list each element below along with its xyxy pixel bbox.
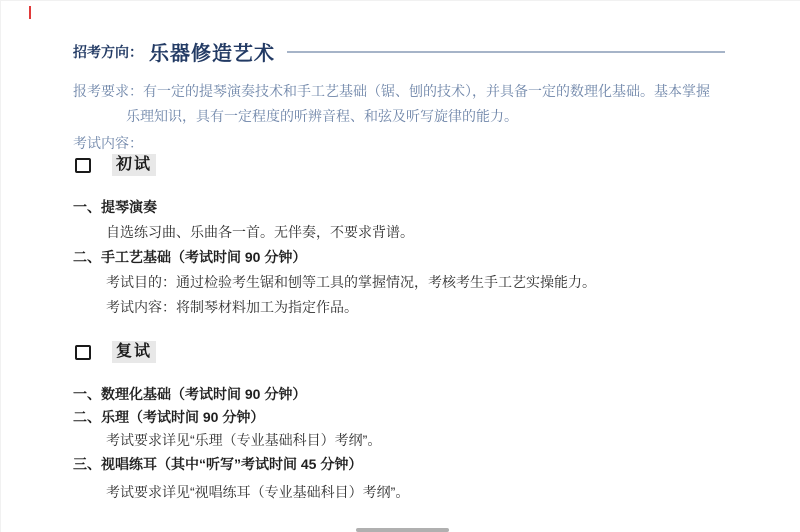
requirements-text-1: 有一定的提琴演奏技术和手工艺基础（锯、刨的技术），并具备一定的数理化基础。基本掌… xyxy=(143,83,710,99)
item-heading: 三、视唱练耳（其中“听写”考试时间 45 分钟） xyxy=(73,454,362,474)
section-second-exam-head: 复试 xyxy=(75,341,156,363)
square-bullet-icon xyxy=(75,158,91,173)
text-cursor-artifact xyxy=(29,6,31,19)
item-text: 考试目的：通过检验考生锯和刨等工具的掌握情况，考核考生手工艺实操能力。 xyxy=(106,272,596,292)
item-heading: 二、手工艺基础（考试时间 90 分钟） xyxy=(73,247,306,267)
section-title-first-exam: 初试 xyxy=(112,154,156,176)
title-row: 招考方向： 乐器修造艺术 xyxy=(73,37,725,66)
requirements-line-1: 报考要求：有一定的提琴演奏技术和手工艺基础（锯、刨的技术），并具备一定的数理化基… xyxy=(73,81,710,101)
item-text: 考试内容：将制琴材料加工为指定作品。 xyxy=(106,297,358,317)
admission-direction-label: 招考方向： xyxy=(73,42,143,62)
exam-content-label: 考试内容： xyxy=(73,133,143,153)
item-heading: 一、提琴演奏 xyxy=(73,197,157,217)
item-heading: 一、数理化基础（考试时间 90 分钟） xyxy=(73,384,306,404)
section-first-exam-head: 初试 xyxy=(75,154,156,176)
item-text: 自选练习曲、乐曲各一首。无伴奏，不要求背谱。 xyxy=(106,222,414,242)
page-title: 乐器修造艺术 xyxy=(149,37,275,66)
square-bullet-icon xyxy=(75,345,91,360)
requirements-label: 报考要求： xyxy=(73,83,143,99)
horizontal-scrollbar-thumb[interactable] xyxy=(356,528,449,532)
item-text: 考试要求详见“乐理（专业基础科目）考纲”。 xyxy=(106,430,381,450)
requirements-text-2: 乐理知识，具有一定程度的听辨音程、和弦及听写旋律的能力。 xyxy=(126,106,518,126)
item-text: 考试要求详见“视唱练耳（专业基础科目）考纲”。 xyxy=(106,482,409,502)
document-page: 招考方向： 乐器修造艺术 报考要求：有一定的提琴演奏技术和手工艺基础（锯、刨的技… xyxy=(0,0,800,532)
item-heading: 二、乐理（考试时间 90 分钟） xyxy=(73,407,264,427)
section-title-second-exam: 复试 xyxy=(112,341,156,363)
title-rule-line xyxy=(287,51,725,53)
